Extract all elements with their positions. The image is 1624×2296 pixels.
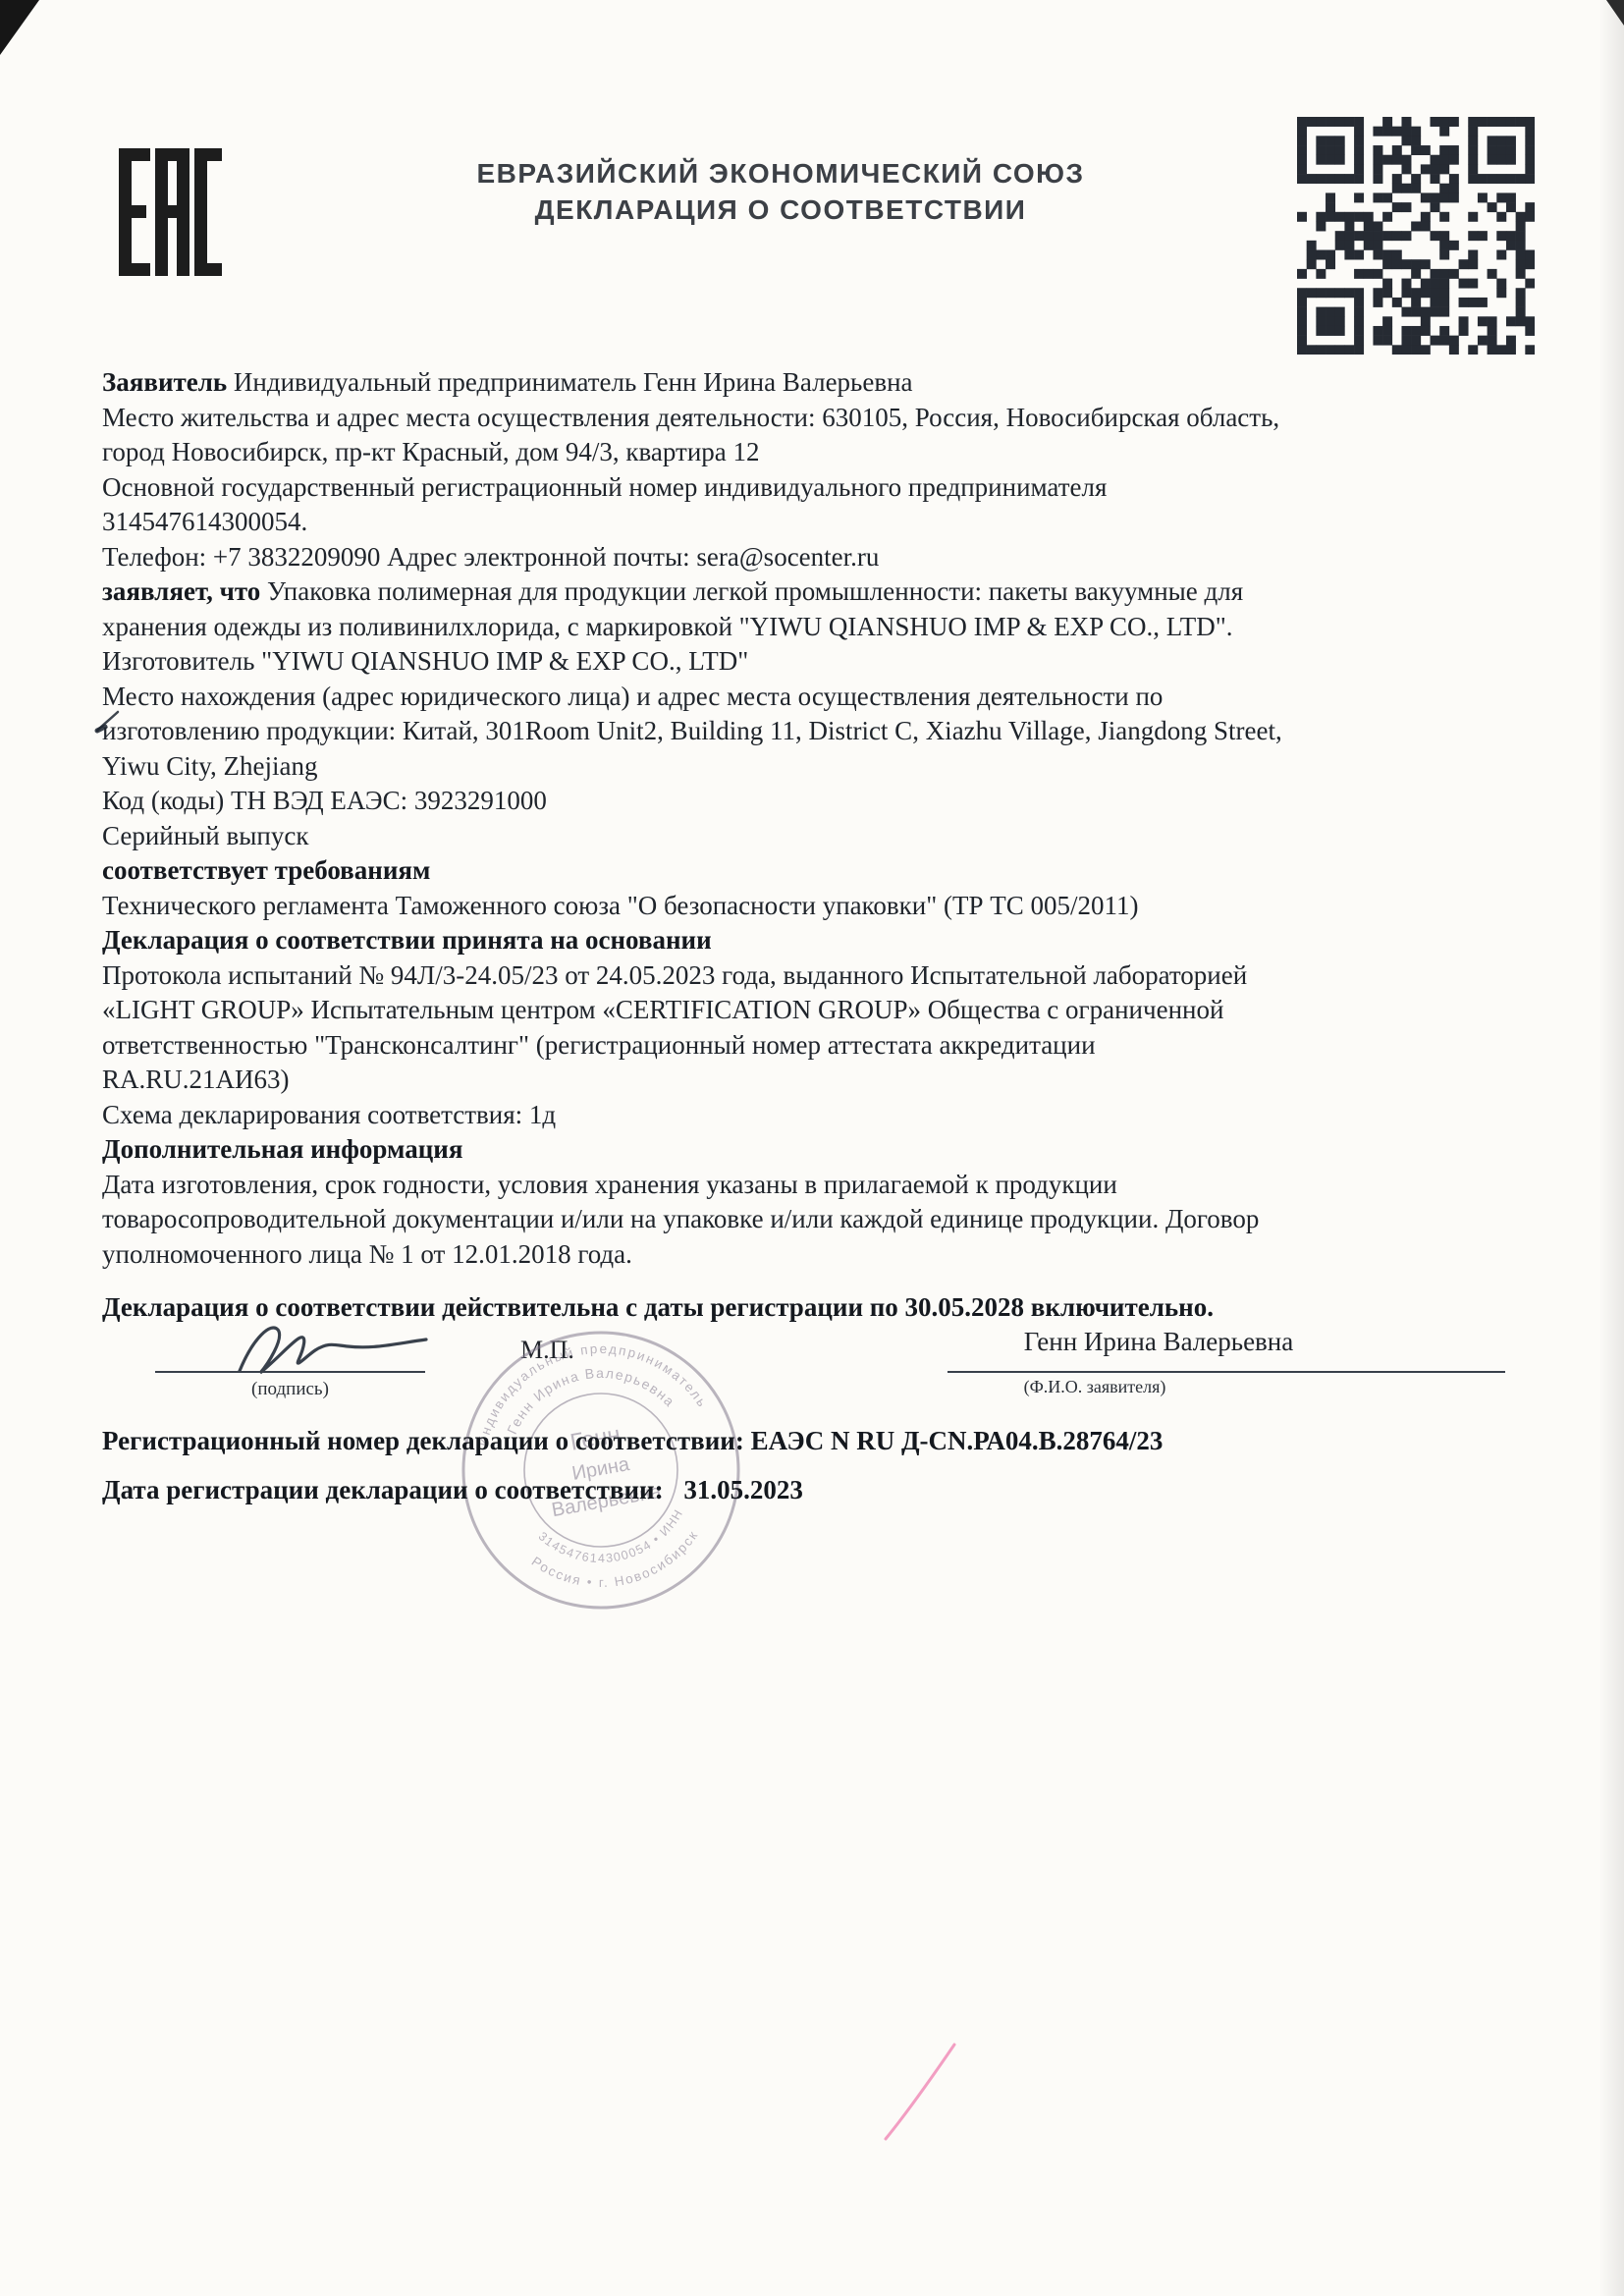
doc-line: Схема декларирования соответствия: 1д: [102, 1098, 1536, 1133]
doc-line: Изготовитель "YIWU QIANSHUO IMP & EXP CO…: [102, 644, 1536, 680]
registration-date-label: Дата регистрации декларации о соответств…: [102, 1475, 664, 1504]
doc-line-bold: Заявитель: [102, 367, 227, 397]
doc-line-text: Место нахождения (адрес юридического лиц…: [102, 682, 1163, 711]
doc-line: Телефон: +7 3832209090 Адрес электронной…: [102, 540, 1536, 575]
doc-line: соответствует требованиям: [102, 853, 1536, 889]
doc-line-text: изготовлению продукции: Китай, 301Room U…: [102, 716, 1282, 745]
doc-line-text: Основной государственный регистрационный…: [102, 472, 1107, 502]
doc-line: товаросопроводительной документации и/ил…: [102, 1202, 1536, 1237]
doc-line-text: Дата изготовления, срок годности, услови…: [102, 1170, 1117, 1199]
doc-line: 314547614300054.: [102, 505, 1536, 540]
doc-line-bold: заявляет, что: [102, 576, 260, 606]
doc-line-text: город Новосибирск, пр-кт Красный, дом 94…: [102, 437, 760, 466]
signature-caption: (подпись): [155, 1379, 425, 1400]
doc-line: Декларация о соответствии принята на осн…: [102, 923, 1536, 958]
title-line-1: ЕВРАЗИЙСКИЙ ЭКОНОМИЧЕСКИЙ СОЮЗ: [314, 155, 1247, 191]
signature-line: [155, 1371, 425, 1373]
doc-line-text: Схема декларирования соответствия: 1д: [102, 1100, 556, 1129]
document-page: ЕВРАЗИЙСКИЙ ЭКОНОМИЧЕСКИЙ СОЮЗ ДЕКЛАРАЦИ…: [0, 0, 1624, 2296]
scan-edge-shadow: [1598, 0, 1624, 2296]
doc-line: хранения одежды из поливинилхлорида, с м…: [102, 610, 1536, 645]
doc-line-text: уполномоченного лица № 1 от 12.01.2018 г…: [102, 1239, 632, 1269]
document-title: ЕВРАЗИЙСКИЙ ЭКОНОМИЧЕСКИЙ СОЮЗ ДЕКЛАРАЦИ…: [314, 155, 1247, 228]
doc-line-text: Серийный выпуск: [102, 821, 308, 850]
doc-line-text: Технического регламента Таможенного союз…: [102, 891, 1139, 920]
doc-line-text: Упаковка полимерная для продукции легкой…: [260, 576, 1243, 606]
doc-line: Дополнительная информация: [102, 1132, 1536, 1168]
round-stamp: Индивидуальный предприниматель Россия • …: [430, 1299, 772, 1641]
doc-line-text: Изготовитель "YIWU QIANSHUO IMP & EXP CO…: [102, 646, 748, 676]
doc-line: Место жительства и адрес места осуществл…: [102, 401, 1536, 436]
registration-date-line: Дата регистрации декларации о соответств…: [102, 1475, 803, 1505]
doc-line: Заявитель Индивидуальный предприниматель…: [102, 365, 1536, 401]
registration-date-value: 31.05.2023: [683, 1475, 803, 1504]
registration-number-label: Регистрационный номер декларации о соотв…: [102, 1426, 744, 1455]
doc-line-bold: Дополнительная информация: [102, 1134, 462, 1164]
doc-line: Место нахождения (адрес юридического лиц…: [102, 680, 1536, 715]
doc-line: «LIGHT GROUP» Испытательным центром «CER…: [102, 993, 1536, 1028]
doc-line-text: товаросопроводительной документации и/ил…: [102, 1204, 1259, 1233]
registration-number-value: ЕАЭС N RU Д-CN.РА04.В.28764/23: [751, 1426, 1164, 1455]
scan-corner-artifact: [0, 0, 39, 55]
doc-line: Код (коды) ТН ВЭД ЕАЭС: 3923291000: [102, 784, 1536, 819]
registration-number-line: Регистрационный номер декларации о соотв…: [102, 1426, 1163, 1456]
qr-code: [1297, 117, 1535, 355]
doc-line-text: Протокола испытаний № 94Л/3-24.05/23 от …: [102, 960, 1247, 990]
doc-line: Технического регламента Таможенного союз…: [102, 889, 1536, 924]
doc-line: Дата изготовления, срок годности, услови…: [102, 1168, 1536, 1203]
title-line-2: ДЕКЛАРАЦИЯ О СООТВЕТСТВИИ: [314, 191, 1247, 228]
doc-line-text: Место жительства и адрес места осуществл…: [102, 403, 1279, 432]
doc-line: изготовлению продукции: Китай, 301Room U…: [102, 714, 1536, 749]
doc-line-text: Индивидуальный предприниматель Генн Ирин…: [227, 367, 912, 397]
doc-line-bold: соответствует требованиям: [102, 855, 430, 885]
name-caption: (Ф.И.О. заявителя): [947, 1377, 1242, 1397]
doc-line-text: хранения одежды из поливинилхлорида, с м…: [102, 612, 1232, 641]
doc-line-text: Код (коды) ТН ВЭД ЕАЭС: 3923291000: [102, 786, 547, 815]
pink-pen-stroke: [872, 2035, 965, 2148]
doc-line-text: Yiwu City, Zhejiang: [102, 751, 317, 781]
doc-line-bold: Декларация о соответствии принята на осн…: [102, 925, 712, 955]
doc-line: город Новосибирск, пр-кт Красный, дом 94…: [102, 435, 1536, 470]
doc-line-text: ответственностью "Трансконсалтинг" (реги…: [102, 1030, 1096, 1060]
doc-line: заявляет, что Упаковка полимерная для пр…: [102, 574, 1536, 610]
applicant-name: Генн Ирина Валерьевна: [947, 1327, 1370, 1357]
doc-line-text: «LIGHT GROUP» Испытательным центром «CER…: [102, 995, 1223, 1024]
handwritten-signature: [234, 1314, 445, 1388]
doc-line: Протокола испытаний № 94Л/3-24.05/23 от …: [102, 958, 1536, 994]
doc-line-text: Телефон: +7 3832209090 Адрес электронной…: [102, 542, 879, 572]
ink-mark-artifact: [92, 707, 126, 737]
document-body: Заявитель Индивидуальный предприниматель…: [102, 365, 1536, 1272]
doc-line: Yiwu City, Zhejiang: [102, 749, 1536, 785]
eac-logo-icon: [119, 148, 222, 276]
doc-line: уполномоченного лица № 1 от 12.01.2018 г…: [102, 1237, 1536, 1273]
name-line: [947, 1371, 1505, 1373]
doc-line: ответственностью "Трансконсалтинг" (реги…: [102, 1028, 1536, 1064]
doc-line: Серийный выпуск: [102, 819, 1536, 854]
doc-line: Основной государственный регистрационный…: [102, 470, 1536, 506]
doc-line: RA.RU.21АИ63): [102, 1063, 1536, 1098]
doc-line-text: 314547614300054.: [102, 507, 307, 536]
doc-line-text: RA.RU.21АИ63): [102, 1065, 290, 1094]
